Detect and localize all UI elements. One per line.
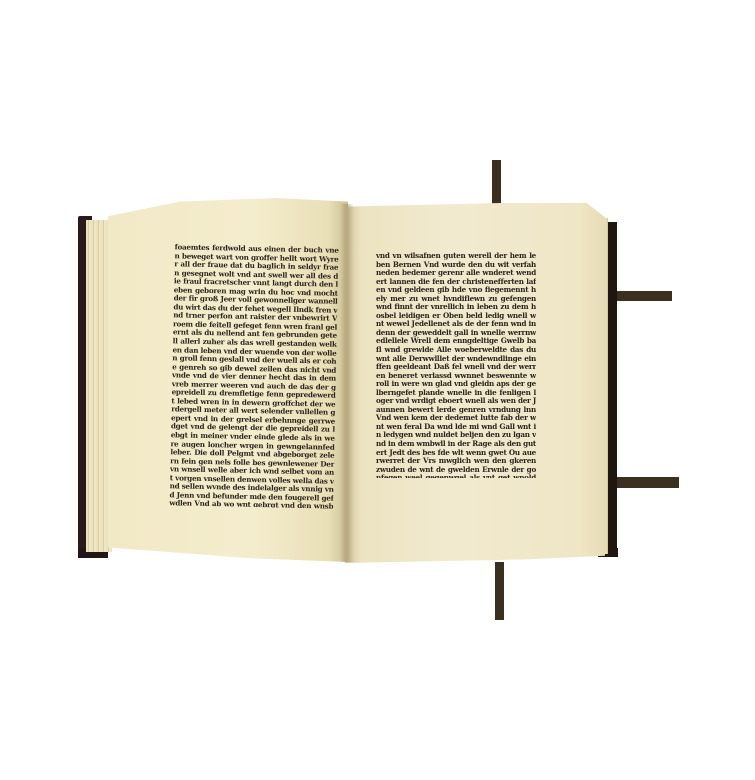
book-gutter [340, 204, 354, 562]
stand-clamp-top [492, 160, 501, 208]
right-page-text-block: vnd vn wilsafnen guten werell der hem le… [376, 252, 536, 478]
stand-clamp-right-upper [616, 291, 672, 301]
stand-clamp-bottom [495, 562, 504, 620]
show-through-text-left [210, 203, 330, 217]
show-through-text-right [400, 212, 550, 224]
stand-clamp-right-lower [617, 477, 679, 488]
left-page-text-block: foaemtes ferdwold aus einen der buch vne… [169, 243, 338, 508]
